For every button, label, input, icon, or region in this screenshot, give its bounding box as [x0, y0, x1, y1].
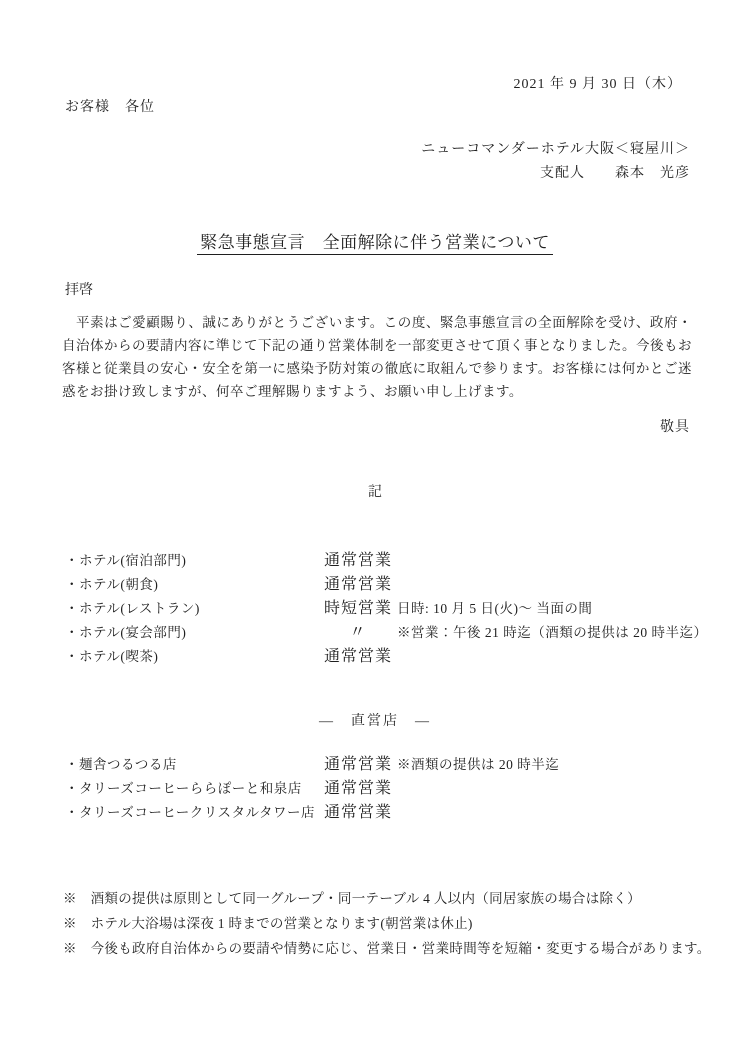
item-status: 通常営業: [323, 777, 393, 801]
hotel-status-row: ・ホテル(宿泊部門) 通常営業: [65, 549, 708, 573]
document-title-wrap: 緊急事態宣言 全面解除に伴う営業について: [0, 228, 750, 253]
item-name: ・ホテル(宴会部門): [65, 621, 323, 645]
item-status-ditto-mark: 〃: [323, 621, 393, 645]
item-name: ・タリーズコーヒーららぽーと和泉店: [65, 777, 323, 801]
shop-status-row: ・タリーズコーヒークリスタルタワー店 通常営業: [65, 801, 559, 825]
letter-page: 2021 年 9 月 30 日（木） お客様 各位 ニューコマンダーホテル大阪＜…: [0, 0, 750, 1060]
item-name: ・ホテル(レストラン): [65, 597, 323, 621]
item-note: 日時: 10 月 5 日(火)～ 当面の間: [393, 597, 708, 621]
item-name: ・ホテル(朝食): [65, 573, 323, 597]
footnote: ※ 酒類の提供は原則として同一グループ・同一テーブル 4 人以内（同居家族の場合…: [63, 886, 711, 911]
sender-block: ニューコマンダーホテル大阪＜寝屋川＞ 支配人 森本 光彦: [421, 138, 690, 186]
hotel-status-row: ・ホテル(宴会部門) 〃 ※営業：午後 21 時迄（酒類の提供は 20 時半迄）: [65, 621, 708, 645]
closing-keigu: 敬具: [660, 416, 690, 436]
shop-status-row: ・麺舎つるつる店 通常営業 ※酒類の提供は 20 時半迄: [65, 753, 559, 777]
hotel-status-row: ・ホテル(朝食) 通常営業: [65, 573, 708, 597]
item-status: 通常営業: [323, 753, 393, 777]
salutation: 拝啓: [65, 279, 93, 299]
item-note: ※酒類の提供は 20 時半迄: [393, 753, 559, 777]
footnote: ※ ホテル大浴場は深夜 1 時までの営業となります(朝営業は休止): [63, 911, 711, 936]
shop-status-row: ・タリーズコーヒーららぽーと和泉店 通常営業: [65, 777, 559, 801]
date-line: 2021 年 9 月 30 日（木）: [514, 73, 683, 93]
item-name: ・タリーズコーヒークリスタルタワー店: [65, 801, 323, 825]
item-status: 通常営業: [323, 801, 393, 825]
item-note: ※営業：午後 21 時迄（酒類の提供は 20 時半迄）: [393, 621, 708, 645]
item-name: ・ホテル(喫茶): [65, 645, 323, 669]
hotel-status-row: ・ホテル(喫茶) 通常営業: [65, 645, 708, 669]
item-status: 通常営業: [323, 549, 393, 573]
record-marker-ki: 記: [0, 481, 750, 501]
footnotes-block: ※ 酒類の提供は原則として同一グループ・同一テーブル 4 人以内（同居家族の場合…: [63, 886, 711, 961]
sender-person: 支配人 森本 光彦: [421, 162, 690, 186]
document-title: 緊急事態宣言 全面解除に伴う営業について: [197, 233, 553, 255]
hotel-status-table: ・ホテル(宿泊部門) 通常営業 ・ホテル(朝食) 通常営業 ・ホテル(レストラン…: [65, 549, 708, 669]
item-status: 時短営業: [323, 597, 393, 621]
body-paragraph: 平素はご愛顧賜り、誠にありがとうございます。この度、緊急事態宣言の全面解除を受け…: [62, 311, 692, 403]
item-status: 通常営業: [323, 573, 393, 597]
item-status: 通常営業: [323, 645, 393, 669]
hotel-status-row: ・ホテル(レストラン) 時短営業 日時: 10 月 5 日(火)～ 当面の間: [65, 597, 708, 621]
item-name: ・ホテル(宿泊部門): [65, 549, 323, 573]
sender-organization: ニューコマンダーホテル大阪＜寝屋川＞: [421, 138, 690, 162]
item-name: ・麺舎つるつる店: [65, 753, 323, 777]
addressee: お客様 各位: [65, 96, 155, 116]
shop-status-table: ・麺舎つるつる店 通常営業 ※酒類の提供は 20 時半迄 ・タリーズコーヒーらら…: [65, 753, 559, 825]
shops-section-heading: ― 直営店 ―: [0, 710, 750, 730]
footnote: ※ 今後も政府自治体からの要請や情勢に応じ、営業日・営業時間等を短縮・変更する場…: [63, 936, 711, 961]
